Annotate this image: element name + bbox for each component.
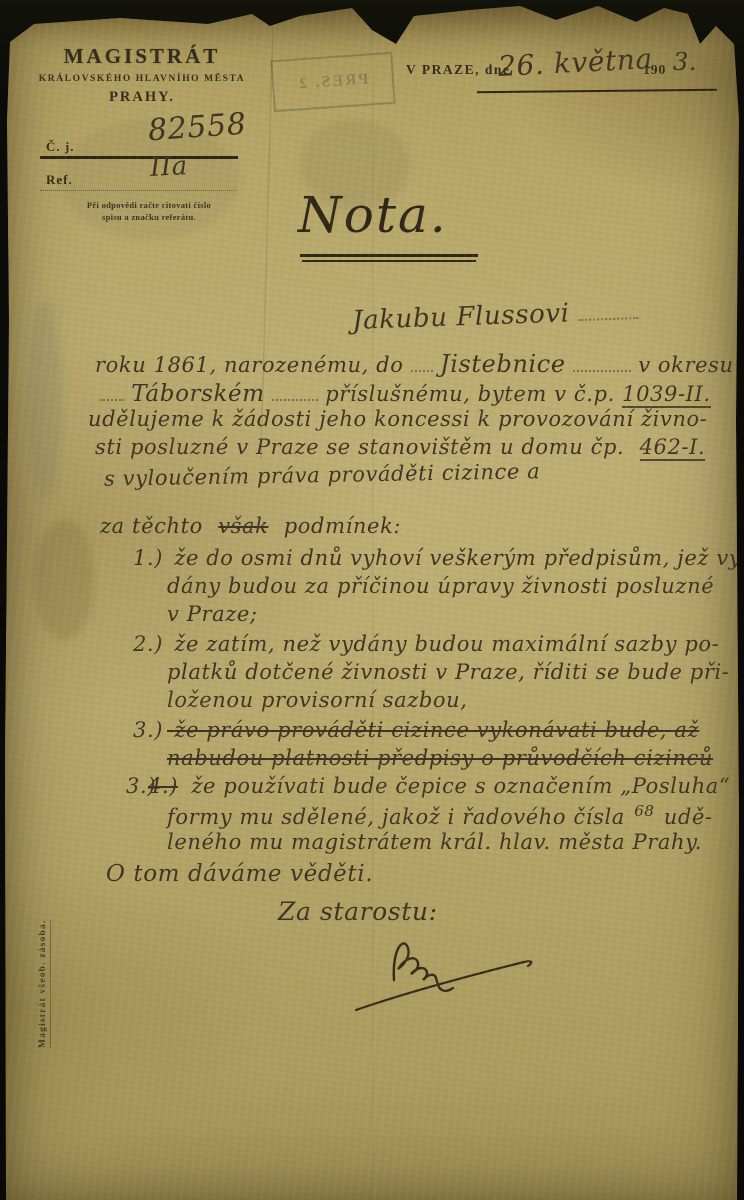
document-sheet: MAGISTRÁT KRÁLOVSKÉHO HLAVNÍHO MĚSTA PRA… — [0, 0, 744, 1200]
conditions-intro: za těchto však podmínek: — [100, 514, 401, 538]
handwritten-ref-value: IIa — [149, 151, 188, 183]
item-number-struck: 4.) — [148, 774, 178, 798]
closing-line: O tom dáváme věděti. — [106, 861, 373, 887]
line-text: podmínek: — [284, 514, 401, 538]
stand-house-number: 462-I. — [640, 435, 706, 461]
paper-fold — [372, 0, 375, 1200]
item2-line1: 2.) že zatím, než vydány budou maximální… — [133, 632, 719, 656]
item1-line1: 1.) že do osmi dnů vyhoví veškerým předp… — [133, 546, 744, 570]
body-line: s vyloučením práva prováděti cizince a — [104, 459, 541, 491]
citation-note: Při odpovědi račte citovati číslo spisu … — [58, 199, 240, 223]
document-title: Nota. — [298, 186, 448, 244]
office-city: PRAHY. — [36, 89, 248, 106]
office-subtitle: KRÁLOVSKÉHO HLAVNÍHO MĚSTA — [36, 74, 248, 84]
item-number: 2.) — [133, 632, 167, 656]
item1-line2: dány budou za příčinou úpravy živnosti p… — [167, 574, 714, 598]
item-number: 3.) — [133, 718, 167, 742]
scan-edge — [0, 1060, 5, 1200]
item4-line3: leného mu magistrátem král. hlav. města … — [167, 830, 702, 854]
file-number-rule — [40, 156, 238, 159]
item2-line2: platků dotčené živnosti v Praze, říditi … — [167, 660, 730, 684]
struck-word: však — [218, 514, 268, 538]
dotted-leader — [272, 378, 318, 401]
place-date-label: V PRAZE, dne — [406, 62, 510, 78]
line-text: příslušnému, bytem v č.p. — [325, 382, 615, 406]
body-line: roku 1861, narozenému, do Jistebnice v o… — [95, 349, 734, 378]
line-text: sti posluzné v Praze se stanovištěm u do… — [95, 435, 624, 459]
dotted-leader — [578, 291, 639, 321]
line-text: že do osmi dnů vyhoví veškerým předpisům… — [174, 546, 744, 570]
office-name: MAGISTRÁT — [36, 44, 248, 69]
body-line: udělujeme k žádosti jeho koncessi k prov… — [88, 407, 707, 431]
item3-line2-struck: nabudou platnosti předpisy o průvodčích … — [167, 746, 713, 770]
dotted-leader — [411, 349, 433, 372]
date-rule — [477, 89, 717, 94]
stamp-text: PRES. 2 — [297, 71, 369, 94]
item2-line3: loženou provisorní sazbou, — [167, 688, 468, 712]
addressee-text: Jakubu Flussovi — [352, 298, 570, 336]
stain — [34, 520, 94, 640]
line-text: formy mu sdělené, jakož i řadového čísla — [167, 805, 625, 829]
line-text: roku 1861, narozenému, do — [95, 353, 403, 377]
file-number-label: Č. j. — [46, 139, 74, 155]
citation-note-line2: spisu a značku referátu. — [102, 212, 196, 222]
house-number: 1039-II. — [622, 382, 711, 408]
inserted-number: 68 — [634, 802, 654, 820]
year-printed: 190 — [643, 62, 666, 78]
birthplace: Jistebnice — [440, 350, 566, 378]
item4-line2: formy mu sdělené, jakož i řadového čísla… — [167, 802, 713, 829]
citation-note-line1: Při odpovědi račte citovati číslo — [87, 200, 211, 210]
bleedthrough-smudge — [28, 300, 62, 500]
ref-rule — [40, 190, 236, 191]
item1-line3: v Praze; — [167, 602, 258, 626]
handwritten-date: 26. května — [497, 42, 653, 83]
title-underline-2 — [302, 260, 476, 262]
addressee-name: Jakubu Flussovi — [351, 291, 638, 336]
presidium-stamp-bleedthrough: PRES. 2 — [270, 52, 395, 112]
line-text: že zatím, než vydány budou maximální saz… — [174, 632, 719, 656]
item3-line1-struck: 3.) že právo prováděti cizince vykonávat… — [133, 718, 699, 742]
line-text: že používati bude čepice s označením „Po… — [191, 774, 744, 798]
body-line: sti posluzné v Praze se stanovištěm u do… — [95, 435, 705, 459]
signature — [348, 922, 568, 1017]
letterhead: MAGISTRÁT KRÁLOVSKÉHO HLAVNÍHO MĚSTA PRA… — [36, 44, 248, 106]
line-text: za těchto — [100, 514, 203, 538]
margin-imprint: Magistrát všeob. zásoba. — [38, 919, 51, 1048]
dotted-leader — [573, 349, 631, 372]
ref-label: Ref. — [46, 172, 73, 188]
dotted-leader — [100, 378, 124, 401]
handwritten-file-number: 82558 — [147, 107, 248, 149]
paper-grain — [0, 0, 744, 1200]
title-underline — [300, 254, 478, 257]
item-number: 1.) — [133, 546, 167, 570]
handwritten-year-digit: 3. — [673, 48, 697, 76]
struck-line-text: že právo prováděti cizince vykonávati bu… — [174, 718, 699, 742]
line-text: udě- — [664, 805, 713, 829]
item4-line1: 3.)4.) že používati bude čepice s označe… — [126, 774, 744, 798]
body-line: Táborském příslušnému, bytem v č.p. 1039… — [100, 378, 711, 407]
district-name: Táborském — [131, 381, 264, 407]
line-text: v okresu — [638, 353, 733, 377]
